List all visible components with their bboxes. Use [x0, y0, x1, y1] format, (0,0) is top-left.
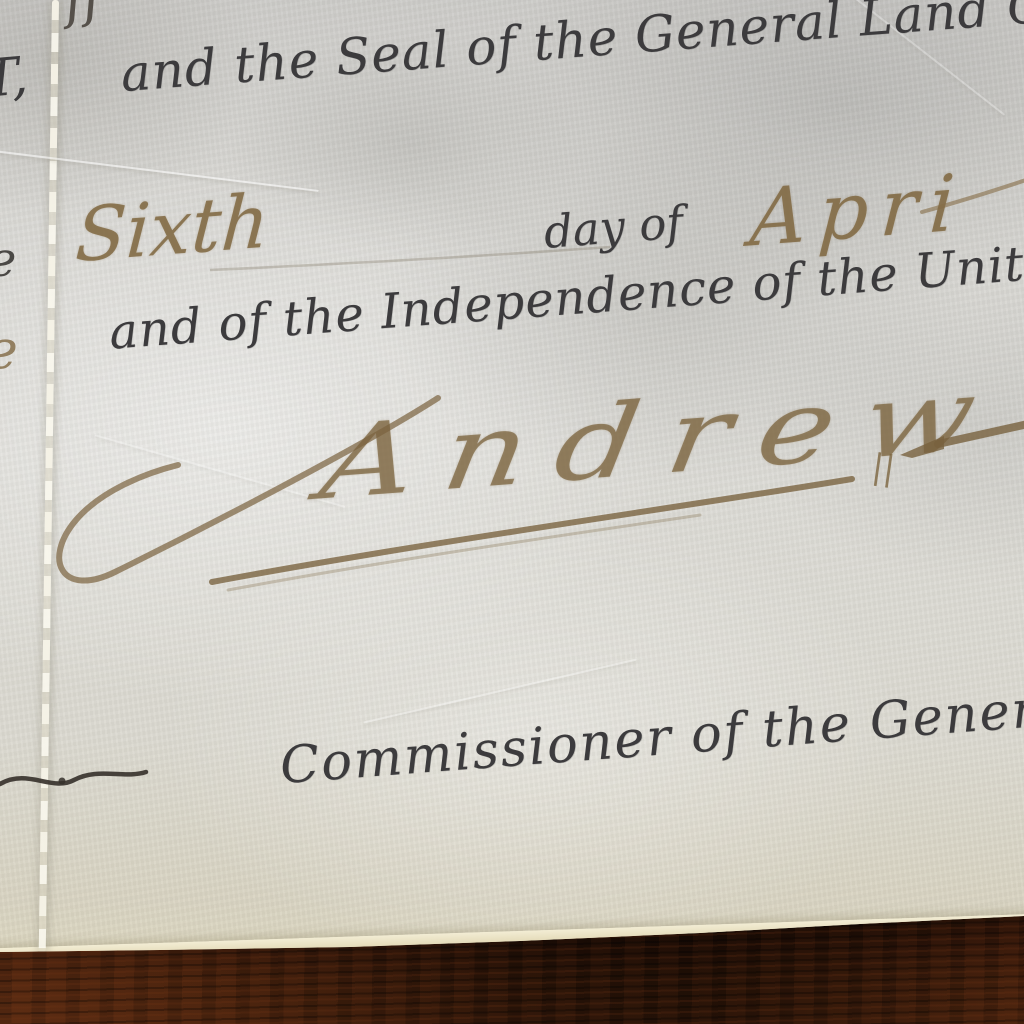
top-edge-partial-text: ff [61, 0, 106, 31]
crease-line [363, 659, 636, 724]
crease-line [815, 0, 1005, 116]
vertical-fold-crease [39, 0, 59, 952]
date-line-left-partial: e [0, 232, 16, 288]
crease-line [95, 434, 345, 508]
crease-line [0, 146, 319, 192]
document-photo: ff T, e e and the Seal of the General La… [0, 0, 1024, 1024]
parchment-sheet [0, 0, 1024, 1024]
seal-line-left-partial: T, [0, 46, 30, 110]
independence-line-left-partial: e [0, 318, 18, 381]
